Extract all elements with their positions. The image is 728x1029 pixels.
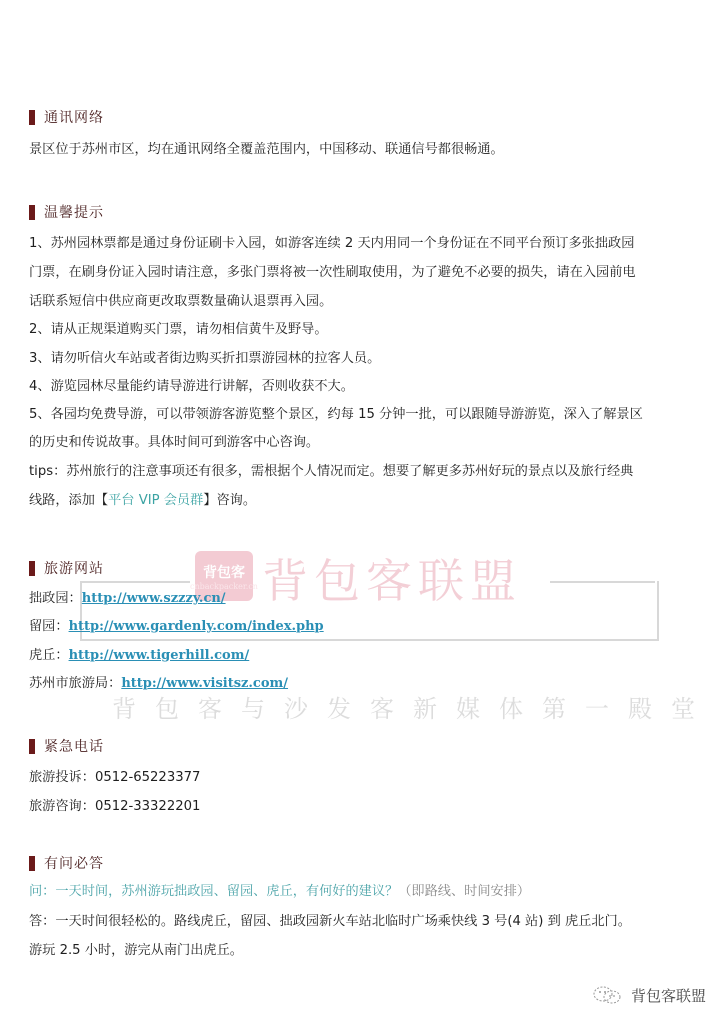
phone-row: 旅游投诉：0512-65223377 (29, 769, 200, 787)
tips-line: 门票，在刷身份证入园时请注意，多张门票将被一次性刷取使用，为了避免不必要的损失，… (29, 264, 636, 282)
website-label: 虎丘： (29, 648, 69, 663)
faq-answer-line: 答：一天时间很轻松的。路线虎丘，留园、拙政园新火车站北临时广场乘快线 3 号(4… (29, 913, 631, 931)
website-row: 留园：http://www.gardenly.com/index.php (29, 618, 324, 636)
watermark-title: 背包客联盟 (262, 545, 522, 611)
section-bar (29, 739, 35, 754)
section-header-faq: 有问必答 (29, 853, 104, 873)
faq-question-note: （即路线、时间安排） (398, 884, 530, 899)
section-bar (29, 205, 35, 220)
tips-last-suffix: 】咨询。 (203, 493, 256, 508)
website-link-tourism-bureau[interactable]: http://www.visitsz.com/ (121, 676, 288, 691)
website-row: 拙政园：http://www.szzzy.cn/ (29, 590, 226, 608)
phone-row: 旅游咨询：0512-33322201 (29, 798, 200, 816)
phone-label: 旅游投诉： (29, 770, 95, 785)
tips-line: 4、游览园林尽量能约请导游进行讲解，否则收获不大。 (29, 378, 354, 396)
phone-number: 0512-65223377 (95, 770, 200, 785)
faq-question: 问：一天时间，苏州游玩拙政园、留园、虎丘，有何好的建议？（即路线、时间安排） (29, 883, 530, 901)
phone-label: 旅游咨询： (29, 799, 95, 814)
section-title: 有问必答 (44, 853, 104, 873)
tips-line: 1、苏州园林票都是通过身份证刷卡入园，如游客连续 2 天内用同一个身份证在不同平… (29, 235, 634, 253)
section-title: 旅游网站 (44, 558, 104, 578)
tips-line: 5、各园均免费导游，可以带领游客游览整个景区，约每 15 分钟一批，可以跟随导游… (29, 406, 643, 424)
faq-answer-line: 游玩 2.5 小时，游完从南门出虎丘。 (29, 942, 243, 960)
section-header-network: 通讯网络 (29, 107, 104, 127)
section-title: 紧急电话 (44, 736, 104, 756)
footer-brand-name: 背包客联盟 (631, 985, 706, 1006)
section-title: 通讯网络 (44, 107, 104, 127)
tips-line: 3、请勿听信火车站或者街边购买折扣票游园林的拉客人员。 (29, 350, 380, 368)
section-bar (29, 110, 35, 125)
faq-question-text: 问：一天时间，苏州游玩拙政园、留园、虎丘，有何好的建议？ (29, 884, 398, 899)
section-header-tips: 温馨提示 (29, 202, 104, 222)
wechat-icon (591, 984, 623, 1006)
section-header-websites: 旅游网站 (29, 558, 104, 578)
tips-line: 话联系短信中供应商更改取票数量确认退票再入园。 (29, 293, 332, 311)
tips-line: tips：苏州旅行的注意事项还有很多，需根据个人情况而定。想要了解更多苏州好玩的… (29, 463, 633, 481)
website-row: 虎丘：http://www.tigerhill.com/ (29, 647, 249, 665)
tips-last-prefix: 线路，添加【 (29, 493, 108, 508)
section-bar (29, 856, 35, 871)
tips-line: 2、请从正规渠道购买门票，请勿相信黄牛及野导。 (29, 321, 328, 339)
tips-line: 的历史和传说故事。具体时间可到游客中心咨询。 (29, 434, 319, 452)
vip-group-highlight: 平台 VIP 会员群 (108, 493, 203, 508)
website-link-huqiu[interactable]: http://www.tigerhill.com/ (69, 648, 250, 663)
website-link-zhuozhengyuan[interactable]: http://www.szzzy.cn/ (82, 591, 226, 606)
website-label: 苏州市旅游局： (29, 676, 121, 691)
section-header-emergency: 紧急电话 (29, 736, 104, 756)
footer-brand: 背包客联盟 (591, 984, 706, 1006)
website-label: 留园： (29, 619, 69, 634)
website-label: 拙政园： (29, 591, 82, 606)
website-row: 苏州市旅游局：http://www.visitsz.com/ (29, 675, 288, 693)
section-title: 温馨提示 (44, 202, 104, 222)
tips-last-line: 线路，添加【平台 VIP 会员群】咨询。 (29, 492, 256, 510)
watermark-subtitle: 背包客与沙发客新媒体第一殿堂 (112, 689, 714, 724)
website-link-liuyuan[interactable]: http://www.gardenly.com/index.php (69, 619, 324, 634)
watermark-logo-text: 背包客 (203, 562, 245, 582)
section-bar (29, 561, 35, 576)
phone-number: 0512-33322201 (95, 799, 200, 814)
network-text: 景区位于苏州市区，均在通讯网络全覆盖范围内，中国移动、联通信号都很畅通。 (29, 141, 504, 159)
